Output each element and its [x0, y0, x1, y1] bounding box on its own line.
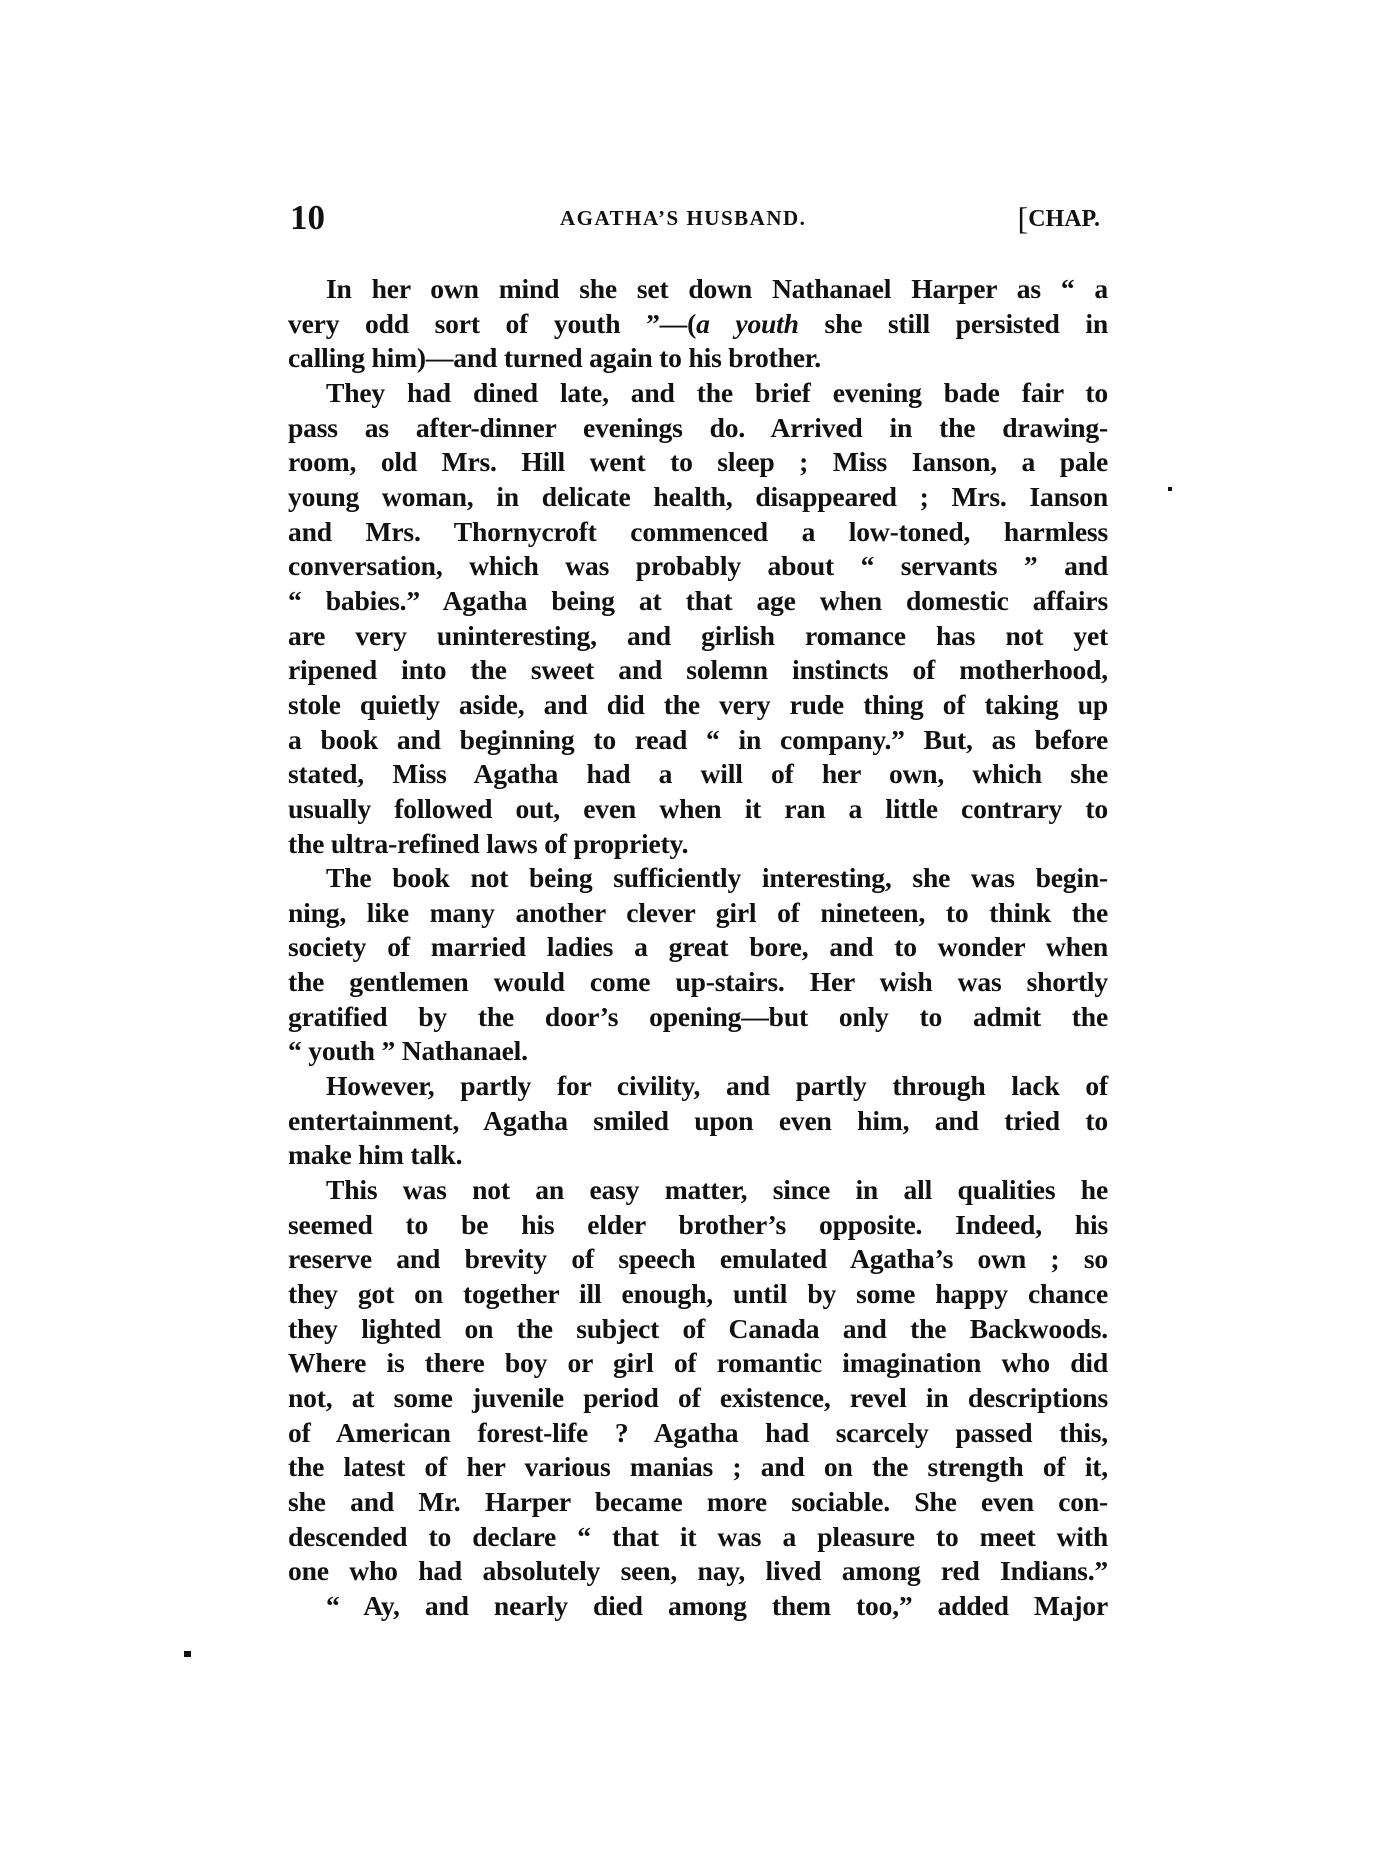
text-line: They had dined late, and the brief eveni…	[288, 376, 1108, 411]
text-line: society of married ladies a great bore, …	[288, 930, 1108, 965]
text-line: make him talk.	[288, 1138, 1108, 1173]
text-line: descended to declare “ that it was a ple…	[288, 1520, 1108, 1555]
text-line: are very uninteresting, and girlish roma…	[288, 619, 1108, 654]
text-line: gratified by the door’s opening—but only…	[288, 1000, 1108, 1035]
text-line: they lighted on the subject of Canada an…	[288, 1312, 1108, 1347]
text-line: The book not being sufficiently interest…	[288, 861, 1108, 896]
text-line: ning, like many another clever girl of n…	[288, 896, 1108, 931]
text-line: conversation, which was probably about “…	[288, 549, 1108, 584]
text-line: usually followed out, even when it ran a…	[288, 792, 1108, 827]
text-line: This was not an easy matter, since in al…	[288, 1173, 1108, 1208]
text-line: room, old Mrs. Hill went to sleep ; Miss…	[288, 445, 1108, 480]
book-page: 10 AGATHA’S HUSBAND. [CHAP. In her own m…	[0, 0, 1400, 1850]
book-title: AGATHA’S HUSBAND.	[560, 203, 806, 233]
text-line: of American forest-life ? Agatha had sca…	[288, 1416, 1108, 1451]
text-line: entertainment, Agatha smiled upon even h…	[288, 1104, 1108, 1139]
text-line: the gentlemen would come up-stairs. Her …	[288, 965, 1108, 1000]
text-line: However, partly for civility, and partly…	[288, 1069, 1108, 1104]
chapter-label: CHAP.	[1028, 206, 1100, 232]
text-line: “ Ay, and nearly died among them too,” a…	[288, 1589, 1108, 1624]
text-line: the ultra-refined laws of propriety.	[288, 827, 1108, 862]
text-line: stole quietly aside, and did the very ru…	[288, 688, 1108, 723]
text-line: pass as after-dinner evenings do. Arrive…	[288, 411, 1108, 446]
text-run: she still persisted in	[799, 308, 1108, 339]
text-line: the latest of her various manias ; and o…	[288, 1450, 1108, 1485]
text-line: stated, Miss Agatha had a will of her ow…	[288, 757, 1108, 792]
text-line: a book and beginning to read “ in compan…	[288, 723, 1108, 758]
text-run: very odd sort of youth ”—(	[288, 308, 696, 339]
italic-run: a youth	[696, 308, 799, 339]
text-line: Where is there boy or girl of romantic i…	[288, 1346, 1108, 1381]
chapter-marker: [CHAP.	[1018, 201, 1100, 236]
text-line: ripened into the sweet and solemn instin…	[288, 653, 1108, 688]
chapter-bracket: [	[1018, 200, 1029, 236]
scan-speck	[1168, 487, 1172, 491]
text-line: they got on together ill enough, until b…	[288, 1277, 1108, 1312]
text-line: very odd sort of youth ”—(a youth she st…	[288, 307, 1108, 342]
text-line: seemed to be his elder brother’s opposit…	[288, 1208, 1108, 1243]
text-line: In her own mind she set down Nathanael H…	[288, 272, 1108, 307]
text-line: and Mrs. Thornycroft commenced a low-ton…	[288, 515, 1108, 550]
text-line: one who had absolutely seen, nay, lived …	[288, 1554, 1108, 1589]
body-text: In her own mind she set down Nathanael H…	[288, 272, 1108, 1624]
text-line: “ babies.” Agatha being at that age when…	[288, 584, 1108, 619]
text-line: she and Mr. Harper became more sociable.…	[288, 1485, 1108, 1520]
page-number: 10	[290, 198, 325, 238]
text-line: “ youth ” Nathanael.	[288, 1034, 1108, 1069]
text-line: reserve and brevity of speech emulated A…	[288, 1242, 1108, 1277]
text-line: not, at some juvenile period of existenc…	[288, 1381, 1108, 1416]
running-head: 10 AGATHA’S HUSBAND. [CHAP.	[290, 198, 1108, 238]
text-line: young woman, in delicate health, disappe…	[288, 480, 1108, 515]
text-line: calling him)—and turned again to his bro…	[288, 341, 1108, 376]
scan-speck	[184, 1651, 191, 1657]
